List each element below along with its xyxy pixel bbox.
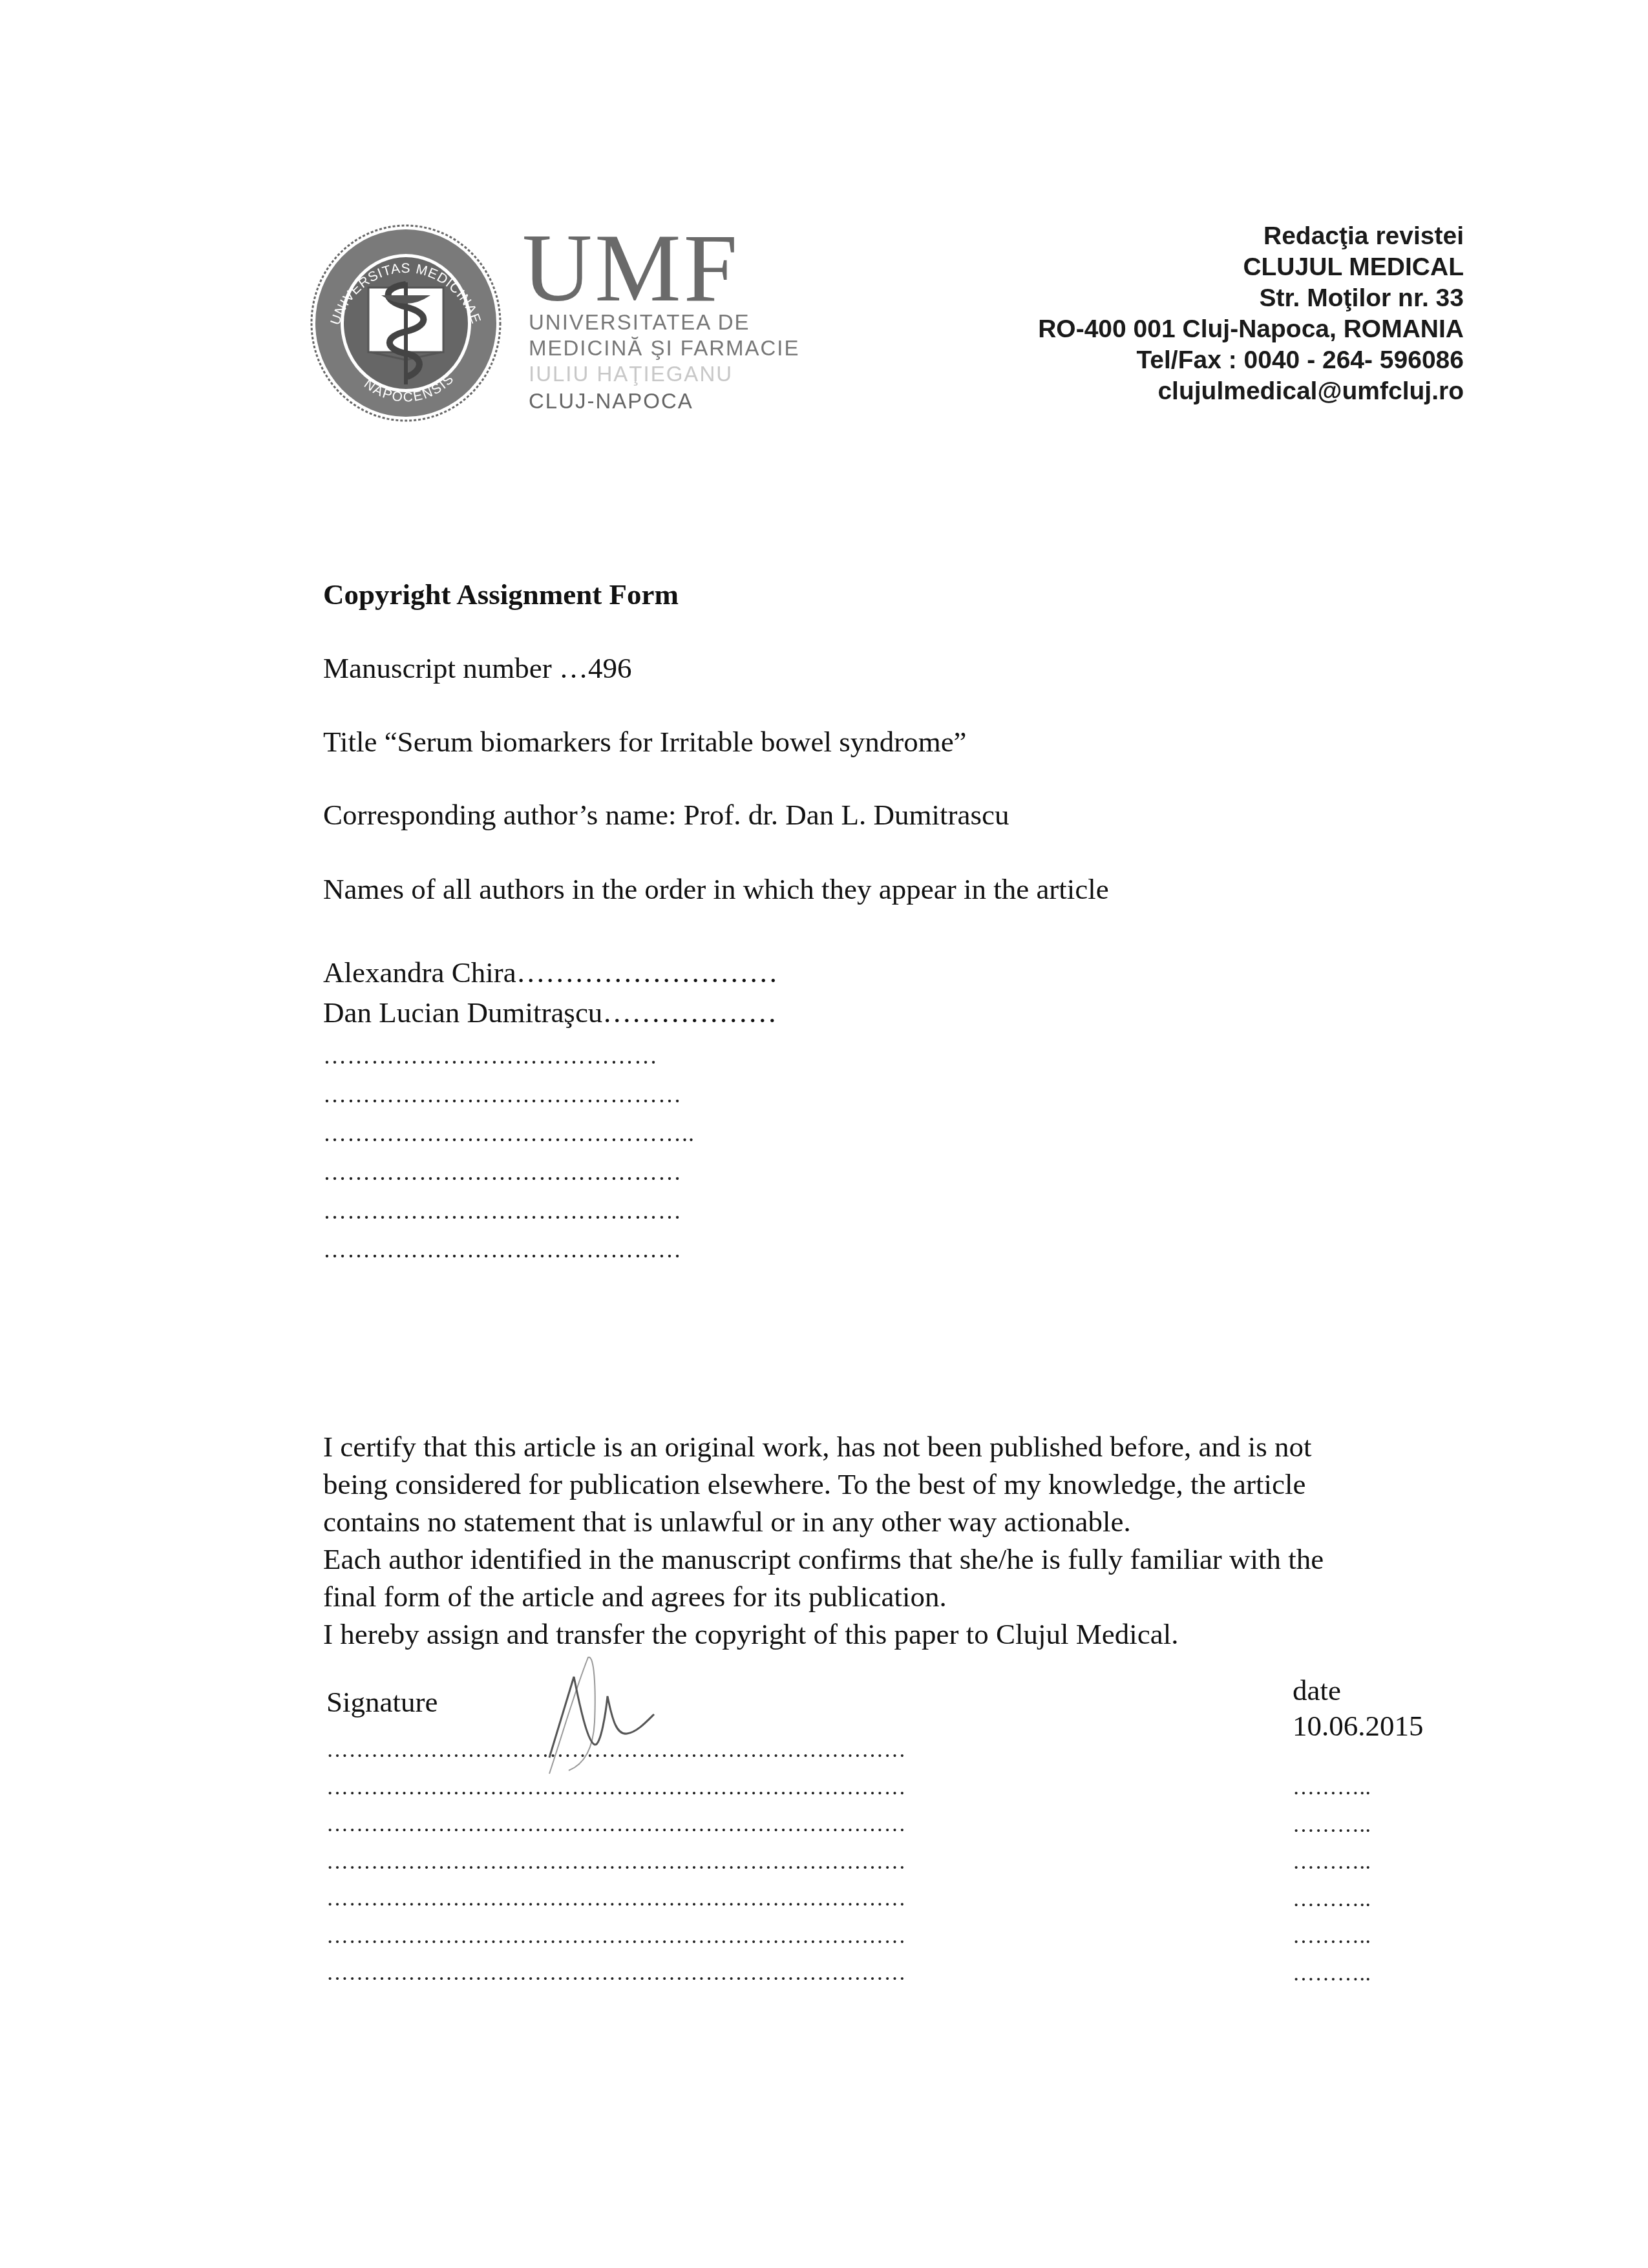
date-label: date [1293, 1674, 1341, 1707]
signature-line: …………………………………………………………………… [326, 1918, 906, 1955]
authors-list-heading: Names of all authors in the order in whi… [323, 872, 1109, 906]
date-blank-line: ……….. [1293, 1807, 1371, 1844]
signature-line: …………………………………………………………………… [326, 1769, 906, 1807]
certification-statement: I certify that this article is an origin… [323, 1428, 1486, 1653]
logo-abbreviation: UMF [522, 220, 740, 317]
article-title-field: Title “Serum biomarkers for Irritable bo… [323, 725, 967, 759]
blank-author-line: ……………………………………….. [323, 1114, 778, 1153]
statement-line: I hereby assign and transfer the copyrig… [323, 1615, 1486, 1653]
date-blank-line: ……….. [1293, 1955, 1371, 1993]
university-name-line: CLUJ-NAPOCA [529, 390, 693, 412]
statement-line: Each author identified in the manuscript… [323, 1540, 1486, 1578]
author-entry: Alexandra Chira……………………… [323, 952, 778, 992]
date-lines: ……….. ……….. ……….. ……….. ……….. ……….. [1293, 1769, 1371, 1992]
signature-line: …………………………………………………………………… [326, 1880, 906, 1918]
date-blank-line: ……….. [1293, 1918, 1371, 1955]
signature-lines: …………………………………………………………………… …………………………………… [326, 1732, 906, 1992]
signature-line: …………………………………………………………………… [326, 1806, 906, 1843]
university-name-line: MEDICINĂ ŞI FARMACIE [529, 337, 800, 359]
blank-author-line: …………………………………… [323, 1036, 778, 1075]
form-title: Copyright Assignment Form [323, 578, 679, 611]
date-blank-line: ……….. [1293, 1769, 1371, 1807]
authors-list: Alexandra Chira……………………… Dan Lucian Dumi… [323, 952, 778, 1269]
blank-author-line: ……………………………………… [323, 1153, 778, 1192]
signature-line: …………………………………………………………………… [326, 1732, 906, 1769]
statement-line: final form of the article and agrees for… [323, 1578, 1486, 1615]
journal-name: CLUJUL MEDICAL [1038, 252, 1464, 283]
signature-label: Signature [326, 1685, 438, 1719]
blank-author-line: ……………………………………… [323, 1230, 778, 1269]
date-blank-line: ……….. [1293, 1843, 1371, 1881]
statement-line: being considered for publication elsewhe… [323, 1465, 1486, 1503]
university-name-line: IULIU HAŢIEGANU [529, 363, 733, 384]
signature-line: …………………………………………………………………… [326, 1843, 906, 1881]
corresponding-author-field: Corresponding author’s name: Prof. dr. D… [323, 798, 1009, 832]
address-line: Str. Moţilor nr. 33 [1038, 283, 1464, 314]
editorial-address-block: Redacţia revistei CLUJUL MEDICAL Str. Mo… [1038, 221, 1464, 407]
manuscript-number-field: Manuscript number …496 [323, 651, 631, 685]
address-line: RO-400 001 Cluj-Napoca, ROMANIA [1038, 314, 1464, 345]
date-value: 10.06.2015 [1293, 1709, 1424, 1743]
blank-author-line: ……………………………………… [323, 1075, 778, 1114]
signature-line: …………………………………………………………………… [326, 1955, 906, 1992]
address-line: Redacţia revistei [1038, 221, 1464, 252]
email-address: clujulmedical@umfcluj.ro [1038, 376, 1464, 407]
university-seal-logo: UNIVERSITAS MEDICINAE ET PHARMACIAE NAPO… [309, 223, 503, 423]
statement-line: contains no statement that is unlawful o… [323, 1503, 1486, 1540]
university-name-line: UNIVERSITATEA DE [529, 311, 750, 333]
phone-fax: Tel/Fax : 0040 - 264- 596086 [1038, 345, 1464, 376]
author-entry: Dan Lucian Dumitraşcu……………… [323, 992, 778, 1033]
blank-author-line: ……………………………………… [323, 1192, 778, 1230]
statement-line: I certify that this article is an origin… [323, 1428, 1486, 1465]
date-blank-line: ……….. [1293, 1881, 1371, 1918]
